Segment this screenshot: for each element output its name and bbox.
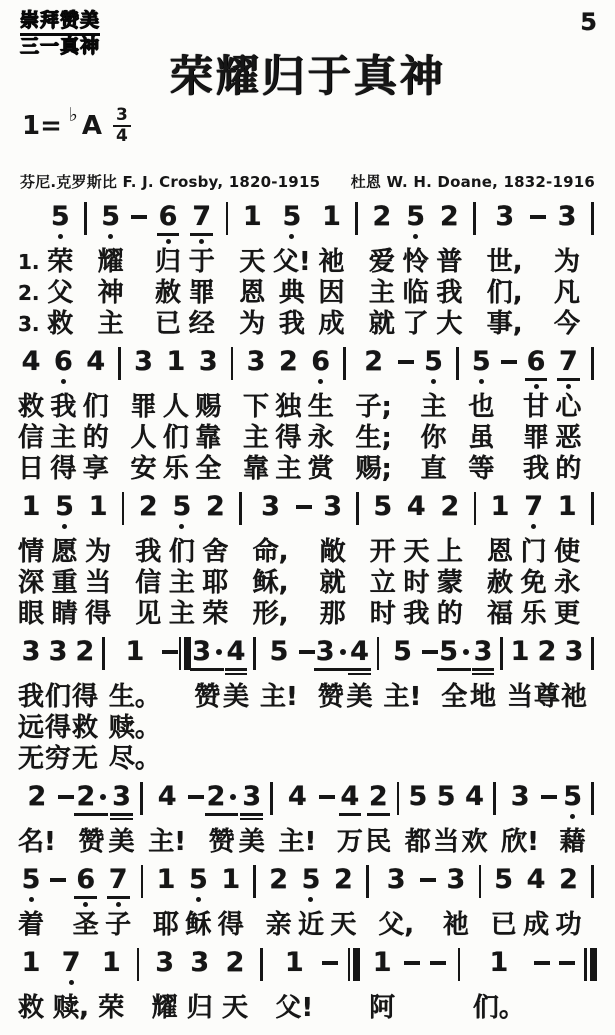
barline-column — [453, 347, 462, 485]
note-digit: 1 — [22, 948, 41, 977]
barline — [231, 347, 234, 380]
notation-cell: 2 — [28, 782, 47, 827]
note-column: 1人们乐 — [163, 347, 189, 485]
notation-cell — [559, 948, 575, 993]
notation-cell: 2 — [373, 202, 392, 247]
lyric-syllable — [250, 713, 259, 744]
note-digit: 2 — [369, 782, 388, 811]
note-digit: 5 — [373, 492, 392, 521]
underline-beam — [348, 673, 371, 676]
lyric-syllable — [586, 993, 595, 1024]
note: 3 — [495, 202, 514, 231]
lyric-syllable — [453, 454, 462, 485]
low-octave-dot — [308, 897, 313, 902]
duration-dash — [420, 878, 436, 882]
note-column: 5父!典我 — [273, 202, 311, 340]
underline-beam — [240, 818, 263, 821]
lyric-syllable: 开 — [370, 537, 396, 568]
low-octave-dot — [108, 234, 113, 239]
lyric-syllable — [222, 278, 231, 309]
lyric-syllable — [81, 247, 90, 278]
lyric-syllable: 靠 — [195, 423, 221, 454]
note-digit: 4 — [158, 782, 177, 811]
lyric-syllable — [408, 993, 417, 1024]
lyric-syllable — [181, 744, 190, 775]
barline — [591, 637, 594, 670]
note: 3 — [134, 347, 153, 376]
note-digit: 2 — [334, 865, 353, 894]
sheet-music-page: 崇拜赞美 三一真神 5 荣耀归于真神 1=♭A 3 4 芬尼.克罗斯比 F. J… — [0, 0, 615, 1035]
note: 1 — [558, 492, 577, 521]
barline-column — [363, 865, 372, 941]
notation-cell: 5 — [270, 637, 289, 682]
notation-cell — [141, 865, 144, 910]
lyric-syllable — [433, 993, 442, 1024]
lyric-syllable — [588, 682, 597, 713]
notation-cell: 2 — [206, 492, 225, 537]
lyric-syllable — [545, 827, 554, 858]
lyric-syllable — [355, 713, 364, 744]
flat-icon: ♭ — [69, 106, 78, 125]
notation-cell — [530, 202, 546, 247]
note: 6 — [159, 202, 178, 231]
lyric-syllable: 穷 — [45, 744, 71, 775]
system-4: 3我远无3们得穷2得救无 1生。赎。尽。 3赞 4美 5主! 3赞 4美 5主!… — [18, 637, 597, 775]
notation-cell: 7 — [192, 202, 211, 247]
note-column: 5着 — [18, 865, 44, 941]
lyric-syllable: 就 — [320, 568, 346, 599]
note: 1 — [285, 948, 304, 977]
note: 1 — [22, 492, 41, 521]
barline — [591, 347, 594, 380]
barline — [377, 637, 380, 670]
lyric-syllable: 恩 — [239, 278, 265, 309]
dash-column — [188, 782, 204, 858]
lyric-syllable — [588, 423, 597, 454]
notation-cell — [253, 637, 256, 682]
note: 5 — [282, 202, 301, 231]
notation-cell: 4 — [465, 782, 484, 827]
dash-column — [322, 948, 338, 1024]
note-column: 1父! — [275, 948, 313, 1024]
lyric-syllable: 民 — [365, 827, 391, 858]
note: 4 — [227, 637, 246, 666]
note: 4 — [341, 782, 360, 811]
lyric-syllable: 形, — [253, 599, 289, 630]
notation-cell: 2 — [538, 637, 557, 682]
note-column: 1祂因成 — [318, 202, 344, 340]
barline-column — [455, 948, 464, 1024]
lyric-syllable: 赞 — [78, 827, 104, 858]
note-digit: 2 — [207, 782, 226, 811]
notation-cell: 4 — [350, 637, 369, 682]
notation-cell: 1 — [22, 492, 41, 537]
dash-column — [404, 948, 420, 1024]
notation-cell: 1 — [322, 202, 341, 247]
notation-cell — [231, 347, 234, 392]
barline — [456, 347, 459, 380]
lyric-syllable — [588, 827, 597, 858]
notation-cell: 5 — [494, 865, 513, 910]
notation-cell — [377, 637, 380, 682]
lyric-syllable: 无 — [72, 744, 98, 775]
lyric-syllable: 乐 — [521, 599, 547, 630]
underline-beam — [557, 378, 580, 381]
note-digit: 3 — [565, 637, 584, 666]
notation-cell: 3 — [495, 202, 514, 247]
note: 5 — [408, 782, 427, 811]
lyric-syllable — [497, 682, 506, 713]
lyric-syllable: 子 — [105, 910, 131, 941]
note: 4 — [465, 782, 484, 811]
barline-column — [470, 202, 479, 340]
lyric-syllable: 上 — [437, 537, 463, 568]
lyric-syllable — [267, 827, 276, 858]
underline-beam — [525, 378, 548, 381]
barline — [140, 782, 143, 815]
note: 1 — [157, 865, 176, 894]
note: 3 — [446, 865, 465, 894]
notation-cell — [188, 782, 204, 827]
note: 4 — [288, 782, 307, 811]
lyric-syllable — [138, 910, 147, 941]
note-column: 3地 — [470, 637, 496, 775]
lyric-syllable — [470, 247, 479, 278]
note: 3 — [511, 782, 530, 811]
note-column: 3父, — [378, 865, 414, 941]
underline-beam — [107, 896, 130, 899]
notation-cell: 2 — [440, 202, 459, 247]
lyric-syllable — [453, 423, 462, 454]
lyric-syllable — [62, 827, 71, 858]
notation-cell — [343, 347, 346, 392]
lyric-syllable: 爱 — [369, 247, 395, 278]
note-digit: 5 — [472, 347, 491, 376]
barline — [122, 492, 125, 525]
note-digit: 5 — [302, 865, 321, 894]
lyric-syllable — [588, 910, 597, 941]
double-barline-thin — [584, 948, 587, 981]
low-octave-dot — [318, 379, 323, 384]
lyric-syllable: 得 — [50, 454, 76, 485]
note: 5 — [172, 492, 191, 521]
note-column: 1使永更 — [554, 492, 580, 630]
lyric-syllable: 独 — [275, 392, 301, 423]
lyric-syllable — [588, 309, 597, 340]
lyric-syllable: 欢 — [462, 827, 488, 858]
lyric-syllable: 我 — [523, 454, 549, 485]
notation-cell — [50, 865, 66, 910]
notation-cell: 4 — [86, 347, 105, 392]
lyric-syllable: 信 — [135, 568, 161, 599]
system-3: 1情深眼5愿重睛1为当得 2我信见5们主主2舍耶荣 3命,稣,形, 3敞就那 5… — [18, 492, 597, 630]
barline-column — [340, 347, 349, 485]
lyric-syllable — [426, 682, 435, 713]
page-header: 崇拜赞美 三一真神 5 荣耀归于真神 1=♭A 3 4 芬尼.克罗斯比 F. J… — [16, 8, 599, 198]
note-digit: 1 — [221, 865, 240, 894]
notation-cell — [58, 782, 74, 827]
barline — [500, 637, 503, 670]
lyric-syllable — [274, 744, 283, 775]
lyric-syllable — [470, 568, 479, 599]
lyric-syllable: 人 — [130, 423, 156, 454]
category-line-1: 崇拜赞美 — [20, 10, 100, 36]
lyric-syllable: 的 — [437, 599, 463, 630]
notation-cell: 3 — [112, 782, 131, 827]
composer-credit: 杜恩 W. H. Doane, 1832-1916 — [351, 171, 595, 192]
barline — [473, 202, 476, 235]
note-column: 4美 — [223, 637, 249, 775]
double-barline-column — [179, 637, 192, 775]
note: 1 — [511, 637, 530, 666]
note-column: 2亲 — [266, 865, 292, 941]
note: 3 — [323, 492, 342, 521]
underline-beam — [205, 813, 239, 816]
notation-cell: 3 — [242, 782, 261, 827]
note-column: 3们得穷 — [45, 637, 71, 775]
note-column: 2名! — [18, 782, 56, 858]
note-digit: 1 — [558, 492, 577, 521]
notation-cell: 3 — [316, 637, 346, 682]
barline-column — [497, 637, 506, 775]
barline — [260, 948, 263, 981]
notation-cell: 2 — [226, 948, 245, 993]
notation-cell — [84, 202, 87, 247]
dash-column — [559, 948, 575, 1024]
verse-number: 1. — [18, 247, 40, 278]
lyric-syllable: 已 — [491, 910, 517, 941]
notation-cell — [493, 782, 496, 827]
lyric-syllable: 主 — [169, 599, 195, 630]
note-digit: 2 — [440, 202, 459, 231]
notation-cell: 3 — [474, 637, 493, 682]
note-digit: 3 — [474, 637, 493, 666]
note-digit: 5 — [55, 492, 74, 521]
note-digit: 1 — [322, 202, 341, 231]
lyric-syllable — [81, 278, 90, 309]
system-2: 4救信日6我主得4们的享 3罪人安1人们乐3赐靠全 3下主靠2独得主6生永赏 2… — [18, 347, 597, 485]
note-column: 4主! — [278, 782, 316, 858]
lyric-syllable — [363, 910, 372, 941]
notation-cell: 1 — [166, 347, 185, 392]
barline-column — [250, 865, 259, 941]
note-column: 7于罪经 — [189, 202, 215, 340]
barline — [458, 948, 461, 981]
lyric-syllable — [402, 423, 411, 454]
notation-cell: 4 — [527, 865, 546, 910]
dash-column — [530, 202, 546, 340]
lyric-syllable — [516, 713, 525, 744]
note-column: 4欢 — [462, 782, 488, 858]
lyric-syllable: 靠 — [243, 454, 269, 485]
note-column: 2功 — [555, 865, 581, 941]
note: 2 — [139, 492, 158, 521]
lyric-syllable — [250, 744, 259, 775]
meter-numerator: 3 — [113, 107, 131, 127]
dash-column — [541, 782, 557, 858]
duration-dash — [404, 961, 420, 965]
barline-column — [267, 782, 276, 858]
note: 2 — [279, 347, 298, 376]
notation-cell: 1 — [511, 637, 530, 682]
lyric-syllable: 我 — [436, 278, 462, 309]
low-octave-dot — [58, 234, 63, 239]
notation-cell: 4 — [227, 637, 246, 682]
note-column: 4们的享 — [83, 347, 109, 485]
lyric-syllable: 就 — [369, 309, 395, 340]
note: 3 — [199, 347, 218, 376]
notation-cell: 1 — [243, 202, 262, 247]
lyric-syllable — [398, 713, 407, 744]
note-digit: 2 — [373, 202, 392, 231]
note-column: 5全 — [439, 637, 469, 775]
note-column: 5藉 — [560, 782, 586, 858]
lyric-syllable: 们 — [45, 682, 71, 713]
lyric-syllable: 父, — [378, 910, 414, 941]
note-digit: 2 — [279, 347, 298, 376]
lyric-syllable — [340, 454, 349, 485]
lyric-syllable: 祂 — [318, 247, 344, 278]
note-column: 3美 — [239, 782, 265, 858]
notation-cell — [474, 492, 477, 537]
barline-column — [119, 492, 128, 630]
note-column: 5主! — [384, 637, 422, 775]
lyric-syllable: 更 — [554, 599, 580, 630]
lyric-syllable: 近 — [298, 910, 324, 941]
note-digit: 1 — [373, 948, 392, 977]
lyric-syllable — [133, 993, 142, 1024]
category-line-2: 三一真神 — [20, 36, 100, 58]
note-column: 7赎, — [53, 948, 89, 1024]
lyric-syllable: 们, — [487, 278, 523, 309]
note-column: 2天 — [222, 948, 248, 1024]
barline-column — [353, 492, 362, 630]
lyric-syllable — [165, 713, 174, 744]
duration-dash — [559, 961, 575, 965]
note-digit: 2 — [226, 948, 245, 977]
barline — [270, 782, 273, 815]
notation-cell — [541, 782, 557, 827]
lyric-syllable: 情 — [18, 537, 44, 568]
lyric-syllable: 门 — [521, 537, 547, 568]
notation-cell — [458, 948, 461, 993]
category-label: 崇拜赞美 三一真神 — [20, 10, 100, 58]
note: 4 — [527, 865, 546, 894]
duration-dot — [216, 649, 222, 655]
note-digit: 3 — [247, 347, 266, 376]
dash-column — [162, 637, 178, 775]
song-title: 荣耀归于真神 — [16, 8, 599, 101]
barline — [591, 202, 594, 235]
page-number: 5 — [580, 8, 597, 36]
notation-cell: 5 — [282, 202, 301, 247]
note-digit: 1 — [511, 637, 530, 666]
note-digit: 5 — [408, 782, 427, 811]
note-column: 2子;生;赐; — [355, 347, 391, 485]
duration-dash — [422, 650, 438, 654]
note-digit: 1 — [22, 492, 41, 521]
notation-cell: 2 — [139, 492, 158, 537]
note: 6 — [76, 865, 95, 894]
lyric-syllable — [569, 713, 578, 744]
lyric-syllable — [99, 713, 108, 744]
notation-cell: 6 — [527, 347, 546, 392]
lyric-syllable — [135, 278, 144, 309]
notation-cell — [137, 948, 140, 993]
barline — [343, 347, 346, 380]
low-octave-dot — [116, 902, 121, 907]
system-7: 1救7赎,1荣 3耀3归2天 1父! 1阿 1们。 — [18, 948, 597, 1024]
lyric-syllable: 主 — [169, 568, 195, 599]
lyric-syllable: 时 — [403, 568, 429, 599]
notation-cell — [501, 347, 517, 392]
lyric-syllable: 临 — [403, 278, 429, 309]
lyric-syllable: 主 — [243, 423, 269, 454]
note-digit: 5 — [393, 637, 412, 666]
lyric-syllable: 舍 — [202, 537, 228, 568]
underline-beam — [367, 813, 390, 816]
notation-cell: 5 — [424, 347, 443, 392]
underline-beam — [472, 673, 495, 676]
notation-cell — [591, 202, 594, 247]
barline — [253, 865, 256, 898]
dash-column — [501, 347, 517, 485]
notation-cell — [591, 492, 594, 537]
note-digit: 2 — [76, 637, 95, 666]
note-digit: 5 — [406, 202, 425, 231]
note: 5 — [22, 865, 41, 894]
notation-cell: 3 — [192, 637, 222, 682]
lyric-syllable: 地 — [470, 682, 496, 713]
note-digit: 6 — [159, 202, 178, 231]
barline — [141, 865, 144, 898]
note: 2 — [538, 637, 557, 666]
lyric-syllable — [232, 713, 241, 744]
note-digit: 7 — [192, 202, 211, 231]
note: 5 — [302, 865, 321, 894]
notation-cell — [162, 637, 178, 682]
lyric-syllable — [119, 537, 128, 568]
lyric-syllable: 日 — [18, 454, 44, 485]
low-octave-dot — [479, 379, 484, 384]
lyric-syllable — [119, 568, 128, 599]
lyric-syllable: 重 — [52, 568, 78, 599]
note-column: 5当 — [433, 782, 459, 858]
barline-column — [588, 865, 597, 941]
note-column: 7心恶的 — [555, 347, 581, 485]
barline-column — [236, 492, 245, 630]
lyric-syllable: 天 — [239, 247, 265, 278]
notation-cell: 1 — [221, 865, 240, 910]
lyric-syllable — [588, 599, 597, 630]
lyric-syllable — [374, 713, 383, 744]
note: 3 — [112, 782, 131, 811]
dash-column — [319, 782, 335, 858]
barline-column — [352, 202, 361, 340]
note: 5 — [494, 865, 513, 894]
note: 2 — [28, 782, 47, 811]
note-digit: 3 — [558, 202, 577, 231]
lyric-syllable: 美 — [239, 827, 265, 858]
note-column: 1情深眼 — [18, 492, 44, 630]
lyric-syllable — [516, 744, 525, 775]
meter-denominator: 4 — [116, 127, 128, 145]
lyric-syllable — [534, 278, 543, 309]
note: 5 — [189, 865, 208, 894]
lyric-syllable — [374, 744, 383, 775]
duration-dot — [230, 794, 236, 800]
lyric-syllable — [475, 910, 484, 941]
